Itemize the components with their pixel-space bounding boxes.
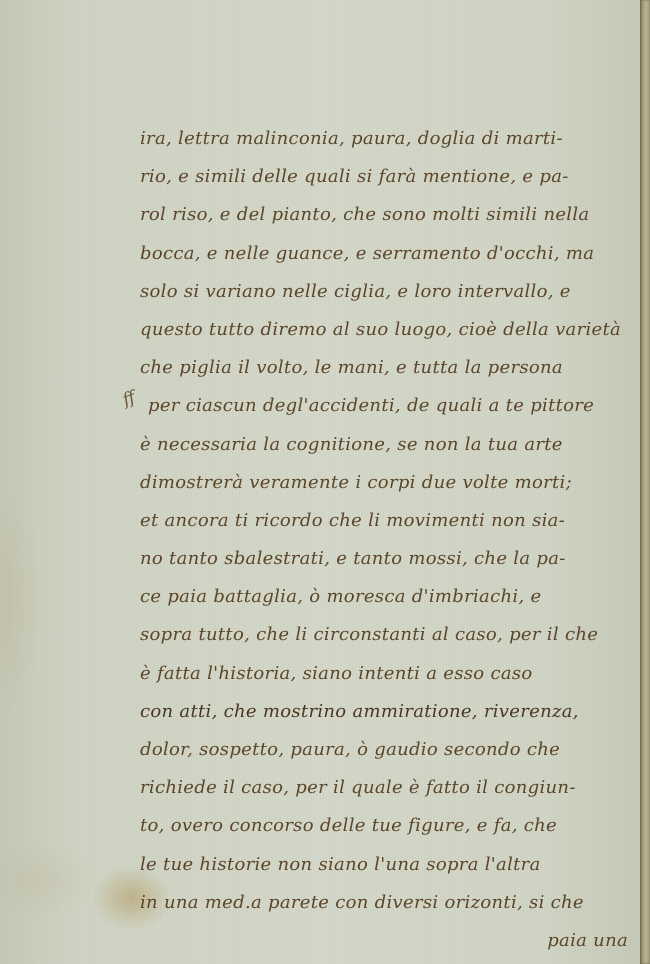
manuscript-line-3: rol riso, e del pianto, che sono molti s… (140, 196, 640, 234)
manuscript-line-9: è necessaria la cognitione, se non la tu… (140, 426, 640, 464)
manuscript-line-6: questo tutto diremo al suo luogo, cioè d… (140, 311, 640, 349)
manuscript-line-15: è fatta l'historia, siano intenti a esso… (140, 655, 640, 693)
manuscript-line-13: ce paia battaglia, ò moresca d'imbriachi… (140, 578, 640, 616)
manuscript-line-17: dolor, sospetto, paura, ò gaudio secondo… (140, 731, 640, 769)
catchword: paia una (140, 922, 640, 960)
manuscript-line-7: che piglia il volto, le mani, e tutta la… (140, 349, 640, 387)
manuscript-line-19: to, overo concorso delle tue figure, e f… (140, 807, 640, 845)
manuscript-line-10: dimostrerà veramente i corpi due volte m… (140, 464, 640, 502)
manuscript-line-12: no tanto sbalestrati, e tanto mossi, che… (140, 540, 640, 578)
manuscript-line-14: sopra tutto, che li circonstanti al caso… (140, 616, 640, 654)
manuscript-line-8: per ciascun degl'accidenti, de quali a t… (140, 387, 640, 425)
manuscript-line-2: rio, e simili delle quali si farà mentio… (140, 158, 640, 196)
manuscript-line-18: richiede il caso, per il quale è fatto i… (140, 769, 640, 807)
book-binding-edge (640, 0, 650, 964)
manuscript-line-5: solo si variano nelle ciglia, e loro int… (140, 273, 640, 311)
manuscript-line-1: ira, lettra malinconia, paura, doglia di… (140, 120, 640, 158)
manuscript-line-20: le tue historie non siano l'una sopra l'… (140, 846, 640, 884)
manuscript-line-4: bocca, e nelle guance, e serramento d'oc… (140, 235, 640, 273)
manuscript-line-21: in una med.a parete con diversi orizonti… (140, 884, 640, 922)
margin-flourish: ff (120, 388, 138, 411)
manuscript-page: ira, lettra malinconia, paura, doglia di… (0, 0, 640, 964)
manuscript-line-16: con atti, che mostrino ammiratione, rive… (140, 693, 640, 731)
manuscript-line-11: et ancora ti ricordo che li movimenti no… (140, 502, 640, 540)
handwritten-text-block: ira, lettra malinconia, paura, doglia di… (140, 120, 640, 960)
